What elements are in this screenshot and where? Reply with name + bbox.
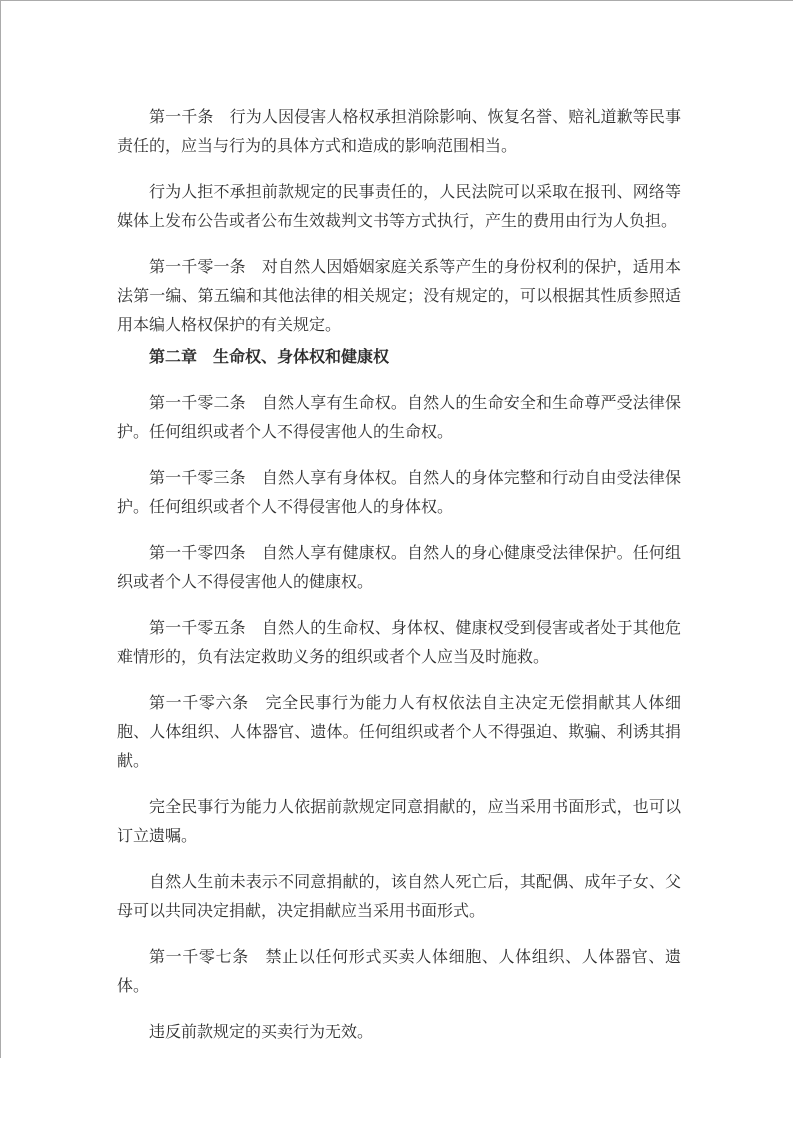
article-1003-clause: 第一千零三条 自然人享有身体权。自然人的身体完整和行动自由受法律保护。任何组织或… bbox=[117, 464, 681, 522]
article-1000-clause-2: 行为人拒不承担前款规定的民事责任的，人民法院可以采取在报刊、网络等媒体上发布公告… bbox=[117, 178, 681, 236]
article-1004-clause: 第一千零四条 自然人享有健康权。自然人的身心健康受法律保护。任何组织或者个人不得… bbox=[117, 539, 681, 597]
article-1005-clause: 第一千零五条 自然人的生命权、身体权、健康权受到侵害或者处于其他危难情形的，负有… bbox=[117, 614, 681, 672]
article-1006-clause-2: 完全民事行为能力人依据前款规定同意捐献的，应当采用书面形式，也可以订立遗嘱。 bbox=[117, 793, 681, 851]
page-edge-top-line bbox=[0, 0, 793, 1]
chapter-2-heading: 第二章 生命权、身体权和健康权 bbox=[117, 343, 681, 372]
article-1007-clause-2: 违反前款规定的买卖行为无效。 bbox=[117, 1018, 681, 1047]
article-1002-clause: 第一千零二条 自然人享有生命权。自然人的生命安全和生命尊严受法律保护。任何组织或… bbox=[117, 389, 681, 447]
page-edge-left-line bbox=[0, 0, 1, 1058]
article-1000-clause-1: 第一千条 行为人因侵害人格权承担消除影响、恢复名誉、赔礼道歉等民事责任的，应当与… bbox=[117, 103, 681, 161]
article-1006-clause-3: 自然人生前未表示不同意捐献的，该自然人死亡后，其配偶、成年子女、父母可以共同决定… bbox=[117, 868, 681, 926]
document-page: 第一千条 行为人因侵害人格权承担消除影响、恢复名誉、赔礼道歉等民事责任的，应当与… bbox=[0, 0, 793, 1122]
article-1001-clause: 第一千零一条 对自然人因婚姻家庭关系等产生的身份权利的保护，适用本法第一编、第五… bbox=[117, 253, 681, 340]
article-1006-clause-1: 第一千零六条 完全民事行为能力人有权依法自主决定无偿捐献其人体细胞、人体组织、人… bbox=[117, 689, 681, 776]
article-1007-clause-1: 第一千零七条 禁止以任何形式买卖人体细胞、人体组织、人体器官、遗体。 bbox=[117, 943, 681, 1001]
document-content: 第一千条 行为人因侵害人格权承担消除影响、恢复名誉、赔礼道歉等民事责任的，应当与… bbox=[117, 103, 681, 1064]
